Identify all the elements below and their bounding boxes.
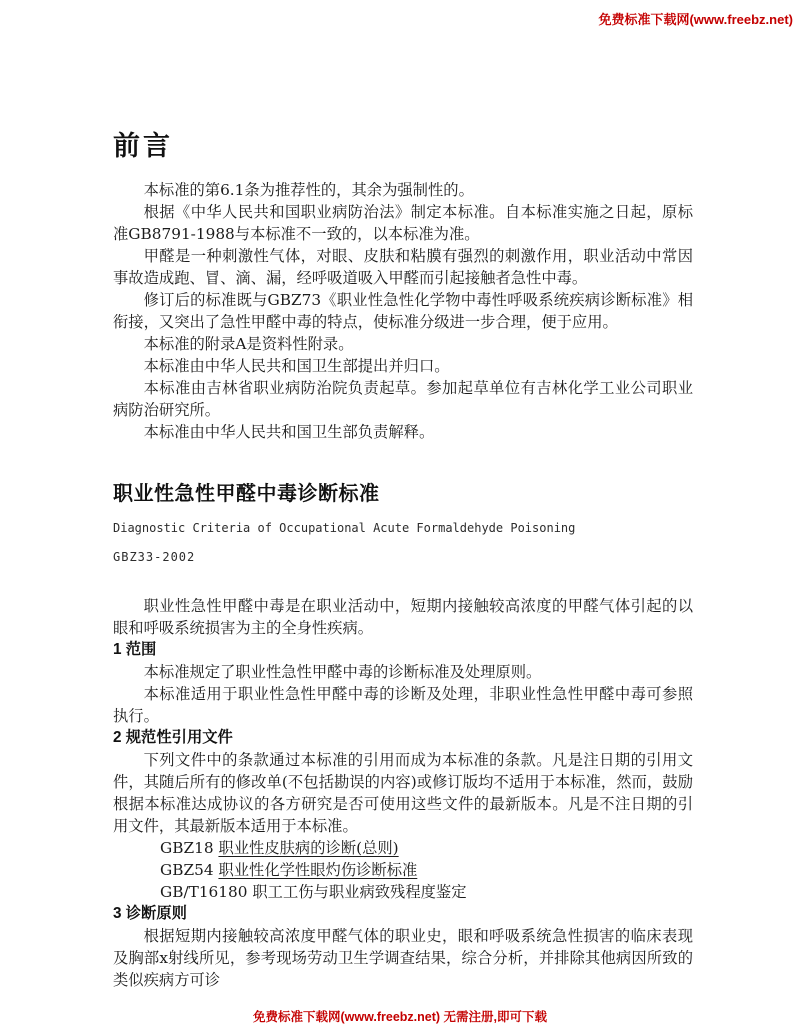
reference-title: 职工工伤与职业病致残程度鉴定 [252, 883, 466, 901]
foreword-paragraph: 本标准的第6.1条为推荐性的，其余为强制性的。 [113, 179, 693, 201]
reference-code: GBZ18 [160, 839, 214, 857]
section-heading-diagnostic-principles: 3 诊断原则 [113, 903, 693, 925]
standard-title-cn: 职业性急性甲醛中毒诊断标准 [113, 481, 693, 507]
body-paragraph: 本标准适用于职业性急性甲醛中毒的诊断及处理，非职业性急性甲醛中毒可参照执行。 [113, 683, 693, 727]
section-heading-normative-references: 2 规范性引用文件 [113, 727, 693, 749]
body-paragraph: 根据短期内接触较高浓度甲醛气体的职业史，眼和呼吸系统急性损害的临床表现及胸部x射… [113, 925, 693, 991]
foreword-paragraph: 修订后的标准既与GBZ73《职业性急性化学物中毒性呼吸系统疾病诊断标准》相衔接，… [113, 289, 693, 333]
reference-item: GBZ54 职业性化学性眼灼伤诊断标准 [113, 859, 693, 881]
reference-title: 职业性皮肤病的诊断(总则) [218, 839, 398, 857]
reference-item: GB/T16180 职工工伤与职业病致残程度鉴定 [113, 881, 693, 903]
standard-title-en: Diagnostic Criteria of Occupational Acut… [113, 521, 693, 536]
reference-title: 职业性化学性眼灼伤诊断标准 [218, 861, 417, 879]
standard-code: GBZ33-2002 [113, 550, 693, 565]
page-content: 前言 本标准的第6.1条为推荐性的，其余为强制性的。 根据《中华人民共和国职业病… [0, 0, 800, 991]
foreword-section: 前言 本标准的第6.1条为推荐性的，其余为强制性的。 根据《中华人民共和国职业病… [113, 0, 693, 443]
foreword-paragraph: 甲醛是一种刺激性气体，对眼、皮肤和粘膜有强烈的刺激作用，职业活动中常因事故造成跑… [113, 245, 693, 289]
standard-intro-paragraph: 职业性急性甲醛中毒是在职业活动中，短期内接触较高浓度的甲醛气体引起的以眼和呼吸系… [113, 595, 693, 639]
document-page: 免费标准下载网(www.freebz.net) 前言 本标准的第6.1条为推荐性… [0, 0, 800, 1035]
foreword-paragraph: 本标准由中华人民共和国卫生部负责解释。 [113, 421, 693, 443]
reference-code: GBZ54 [160, 861, 214, 879]
body-paragraph: 本标准规定了职业性急性甲醛中毒的诊断标准及处理原则。 [113, 661, 693, 683]
foreword-paragraph: 本标准的附录A是资料性附录。 [113, 333, 693, 355]
standard-section: 职业性急性甲醛中毒诊断标准 Diagnostic Criteria of Occ… [113, 481, 693, 991]
reference-code: GB/T16180 [160, 883, 247, 901]
header-watermark: 免费标准下载网(www.freebz.net) [598, 9, 793, 28]
footer-watermark: 免费标准下载网(www.freebz.net) 无需注册,即可下载 [0, 1007, 800, 1025]
foreword-paragraph: 根据《中华人民共和国职业病防治法》制定本标准。自本标准实施之日起，原标准GB87… [113, 201, 693, 245]
foreword-paragraph: 本标准由吉林省职业病防治院负责起草。参加起草单位有吉林化学工业公司职业病防治研究… [113, 377, 693, 421]
reference-item: GBZ18 职业性皮肤病的诊断(总则) [113, 837, 693, 859]
foreword-paragraph: 本标准由中华人民共和国卫生部提出并归口。 [113, 355, 693, 377]
body-paragraph: 下列文件中的条款通过本标准的引用而成为本标准的条款。凡是注日期的引用文件，其随后… [113, 749, 693, 837]
section-heading-scope: 1 范围 [113, 639, 693, 661]
